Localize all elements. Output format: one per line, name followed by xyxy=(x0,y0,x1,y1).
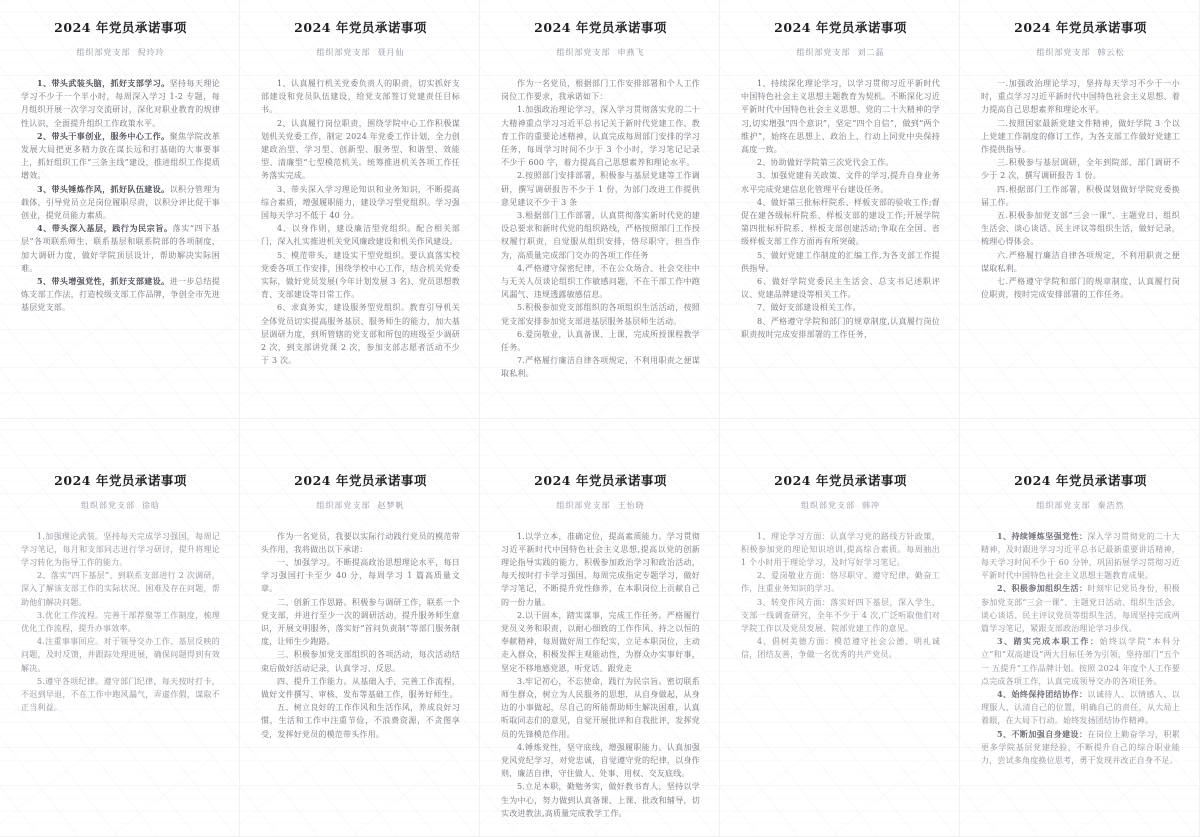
paragraph: 3、踏实完成本职工作：始终以学院“本科分立”和“双高建设”两大目标任务为引领，坚… xyxy=(981,635,1180,688)
paragraph: 2.按照部门安排部署，积极参与基层党建等工作调研，撰写调研报告不少于 1 份，为… xyxy=(501,169,700,209)
member-name: 赵梦帆 xyxy=(378,501,405,510)
paragraph: 5、做好党建工作制度的汇编工作,为各支部工作提供指导。 xyxy=(741,249,940,275)
paragraph: 3.牢记初心，不忘使命，践行为民宗旨。密切联系师生群众，树立为人民服务的思想，从… xyxy=(501,675,700,741)
branch-name: 组织部党支部 xyxy=(81,501,135,510)
page-subtitle: 组织部党支部刘二磊 xyxy=(741,47,940,58)
branch-name: 组织部党支部 xyxy=(317,48,371,57)
paragraph-text: 5、模范带头，建设实干型党组织。要认真落实校党委各项工作安排，围绕学校中心工作，… xyxy=(261,251,460,300)
paragraph: 二.按照国家最新党建文件精神，做好学院 3 个以上党建工作制度的修订工作，为各支… xyxy=(981,117,1180,157)
paragraph-lead: 4、带头深入基层，践行为民宗旨。 xyxy=(37,223,173,233)
document-page-4: 2024 年党员承诺事项组织部党支部刘二磊1、持续深化理论学习，以学习贯彻习近平… xyxy=(720,0,960,419)
paragraph-lead: 3、带头锤炼作风，抓好队伍建设。 xyxy=(37,184,170,194)
paragraph-lead: 5、不断加强自身建设： xyxy=(997,729,1087,739)
paragraph: 六.严格履行廉洁自律各项规定，不利用职责之便谋取私利。 xyxy=(981,249,1180,275)
paragraph-text: 1.加强理论武装。坚持每天完成学习强国，每周记学习笔记，每月和支部同志进行学习研… xyxy=(21,532,220,567)
paragraph: 三.积极参与基层调研，全年到院部、部门调研不少于 2 次，撰写调研报告 1 份。 xyxy=(981,156,1180,182)
document-body: 1.以学立本，准确定位，提高素质能力。学习贯彻习近平新时代中国特色社会主义思想,… xyxy=(501,530,700,820)
paragraph-lead: 2、带头干事创业，服务中心工作。 xyxy=(37,131,170,141)
paragraph-text: 作为一名党员，我要以实际行动践行党员的模范带头作用，我将做出以下承诺： xyxy=(261,532,460,554)
paragraph: 3.优化工作流程。完善干部荐聚等工作制度，梳理优化工作流程，提升办事效率。 xyxy=(21,609,220,635)
paragraph-text: 8、严格遵守学院和部门的规章制度,认真履行岗位职责按时完成安排部署的工作任务， xyxy=(741,317,940,339)
paragraph-text: 4.注重事事回应。对于领导交办工作、基层反映的问题，及时反馈，并跟踪处理进展，确… xyxy=(21,637,220,672)
paragraph: 4、带头深入基层，践行为民宗旨。落实“四下基层”各项联系师生、联系基层和联系院部… xyxy=(21,222,220,275)
paragraph-text: 三.积极参与基层调研，全年到院部、部门调研不少于 2 次，撰写调研报告 1 份。 xyxy=(981,158,1180,180)
document-body: 1、持续锤炼坚强党性：深入学习贯彻党的二十大精神，及时跟进学习习近平总书记最新重… xyxy=(981,530,1180,768)
document-page-7: 2024 年党员承诺事项组织部党支部赵梦帆作为一名党员，我要以实际行动践行党员的… xyxy=(240,419,480,837)
paragraph: 2、爱岗敬业方面：恪尽职守、遵守纪律，勤奋工作，注重业务知识的学习。 xyxy=(741,569,940,595)
paragraph-text: 5、做好党建工作制度的汇编工作,为各支部工作提供指导。 xyxy=(741,251,940,273)
paragraph-text: 4.严格遵守保密纪律，不在公众场合、社会交往中与无关人员谈论组织工作敏感问题，不… xyxy=(501,264,700,299)
member-name: 刘二磊 xyxy=(858,48,885,57)
paragraph: 3、带头深入学习理论知识和业务知识，不断提高综合素质，增强履职能力，建设学习型党… xyxy=(261,183,460,223)
paragraph: 1、持续深化理论学习，以学习贯彻习近平新时代中国特色社会主义思想主题教育为契机。… xyxy=(741,77,940,156)
paragraph-text: 二、创新工作思路。积极参与调研工作，联系一个党支部，并进行至少一次的调研活动，提… xyxy=(261,598,460,647)
document-body: 1.加强理论武装。坚持每天完成学习强国，每周记学习笔记，每月和支部同志进行学习研… xyxy=(21,530,220,715)
paragraph: 6、做好学院党委民主生活会、总支书记述职评议、党建品牌建设等相关工作。 xyxy=(741,275,940,301)
paragraph: 1.以学立本，准确定位，提高素质能力。学习贯彻习近平新时代中国特色社会主义思想,… xyxy=(501,530,700,609)
paragraph: 6.爱岗敬业，认真备课、上课，完成所授课程教学任务。 xyxy=(501,328,700,354)
paragraph-text: 1、认真履行机关党委负责人的职责，切实抓好支部建设和党员队伍建设，给党支部签订党… xyxy=(261,79,460,114)
paragraph: 3、转变作风方面：落实好四下基层，深入学生、支部一线调查研究，全年不少于 4 次… xyxy=(741,596,940,636)
member-name: 韩冲 xyxy=(862,501,880,510)
document-page-1: 2024 年党员承诺事项组织部党支部倪玲玲1、带头武装头脑，抓好支部学习。坚持每… xyxy=(0,0,240,419)
paragraph: 4、以身作则，建设廉洁型党组织。配合相关部门，深入扎实推进机关党风廉政建设和机关… xyxy=(261,222,460,248)
page-title: 2024 年党员承诺事项 xyxy=(981,20,1180,36)
branch-name: 组织部党支部 xyxy=(557,48,611,57)
page-subtitle: 组织部党支部秦浩然 xyxy=(981,500,1180,511)
paragraph-text: 1、理论学习方面：认真学习党的路线方针政策，积极参加党的理论知识培训,提高综合素… xyxy=(741,532,940,567)
paragraph-text: 2、爱岗敬业方面：恪尽职守、遵守纪律，勤奋工作，注重业务知识的学习。 xyxy=(741,571,940,593)
paragraph-lead: 5、带头增强党性，抓好支部建设。 xyxy=(37,276,170,286)
paragraph-text: 2、协助做好学院第三次党代会工作。 xyxy=(757,158,894,167)
page-subtitle: 组织部党支部赵梦帆 xyxy=(261,500,460,511)
paragraph-text: 3、转变作风方面：落实好四下基层，深入学生、支部一线调查研究，全年不少于 4 次… xyxy=(741,598,940,633)
paragraph-text: 5.积极参加党支部组织的各项组织生活活动，按照党支部安排参加党支部进基层服务基层… xyxy=(501,303,700,325)
paragraph: 4、倡树美德方面：模范遵守社会公德、明礼诚信，团结友善，争做一名优秀的共产党员。 xyxy=(741,635,940,661)
paragraph: 2、协助做好学院第三次党代会工作。 xyxy=(741,156,940,169)
paragraph-text: 2、认真履行岗位职责，围绕学院中心工作积极谋划机关党委工作，制定 2024 年党… xyxy=(261,119,460,181)
member-name: 聂月仙 xyxy=(378,48,405,57)
paragraph: 3、带头锤炼作风，抓好队伍建设。以积分管理为载体，引导党员立足岗位履职尽责，以积… xyxy=(21,183,220,223)
paragraph-text: 2.以干固本，踏实谋事，完成工作任务。严格履行党员义务和职责，以耐心细致的工作作… xyxy=(501,611,700,673)
page-title: 2024 年党员承诺事项 xyxy=(261,473,460,489)
paragraph: 3、加强党建有关政策、文件的学习,提升自身业务水平完成党建信息化管理平台建设任务… xyxy=(741,169,940,195)
page-title: 2024 年党员承诺事项 xyxy=(21,473,220,489)
page-title: 2024 年党员承诺事项 xyxy=(741,473,940,489)
paragraph-lead: 1、带头武装头脑，抓好支部学习。 xyxy=(37,78,170,88)
paragraph: 作为一名党员，根据部门工作安排部署和个人工作岗位工作要求，我承诺如下： xyxy=(501,77,700,103)
member-name: 倪玲玲 xyxy=(138,48,165,57)
paragraph-text: 4、以身作则，建设廉洁型党组织。配合相关部门，深入扎实推进机关党风廉政建设和机关… xyxy=(261,224,460,246)
document-page-5: 2024 年党员承诺事项组织部党支部韩云松一.加强政治理论学习，坚持每天学习不少… xyxy=(960,0,1200,419)
paragraph-text: 六.严格履行廉洁自律各项规定，不利用职责之便谋取私利。 xyxy=(981,251,1180,273)
paragraph: 2、积极参加组织生活：时刻牢记党员身份，积极参加党支部“三会一课”、主题党日活动… xyxy=(981,582,1180,635)
paragraph: 2、落实“四下基层”、到联系支部进行 2 次调研，深入了解该支部工作的实际状况、… xyxy=(21,569,220,609)
member-name: 申燕飞 xyxy=(618,48,645,57)
branch-name: 组织部党支部 xyxy=(1037,48,1091,57)
paragraph: 6、求真务实，建设服务型党组织。教育引导机关全体党员切实提高服务基层、服务师生的… xyxy=(261,301,460,367)
paragraph-text: 4.锤炼党性，坚守底线，增强履职能力。认真加强党风党纪学习，对党忠诚，自觉遵守党… xyxy=(501,743,700,778)
branch-name: 组织部党支部 xyxy=(77,48,131,57)
paragraph-text: 1、持续深化理论学习，以学习贯彻习近平新时代中国特色社会主义思想主题教育为契机。… xyxy=(741,79,940,154)
paragraph: 三、积极参加党支部组织的各项活动，每次活动结束后做好活动记录，认真学习、反思。 xyxy=(261,648,460,674)
paragraph: 五.积极参加党支部“三会一课”、主题党日、组织生活会、谈心谈话、民主评议等组织生… xyxy=(981,209,1180,249)
member-name: 秦浩然 xyxy=(1098,501,1125,510)
paragraph: 1.加强政治理论学习，深入学习贯彻落实党的二十大精神重点学习习近平总书记关于新时… xyxy=(501,103,700,169)
document-grid: 2024 年党员承诺事项组织部党支部倪玲玲1、带头武装头脑，抓好支部学习。坚持每… xyxy=(0,0,1200,837)
member-name: 王怡晓 xyxy=(618,501,645,510)
paragraph: 4、始终保持团结协作：以诚待人、以情感人、以理服人，认清自己的位置，明确自己的责… xyxy=(981,688,1180,728)
paragraph: 一、加强学习。不断提高政治思想理论水平，每日学习强国打卡至少 40 分，每周学习… xyxy=(261,556,460,596)
paragraph-lead: 4、始终保持团结协作： xyxy=(997,689,1087,699)
paragraph: 四、提升工作能力。从基础入手，完善工作流程，做好文件撰写、审核、发布等基础工作，… xyxy=(261,675,460,701)
paragraph: 5、模范带头，建设实干型党组织。要认真落实校党委各项工作安排，围绕学校中心工作，… xyxy=(261,249,460,302)
paragraph: 四.根据部门工作部署，积极谋划做好学院党委换届工作。 xyxy=(981,183,1180,209)
document-body: 1、认真履行机关党委负责人的职责，切实抓好支部建设和党员队伍建设，给党支部签订党… xyxy=(261,77,460,367)
paragraph: 5.遵守各项纪律。遵守部门纪律，每天按时打卡，不迟到早退，不在工作中跑风漏气，弄… xyxy=(21,675,220,715)
paragraph: 4.锤炼党性，坚守底线，增强履职能力。认真加强党风党纪学习，对党忠诚，自觉遵守党… xyxy=(501,741,700,781)
paragraph-text: 6、求真务实，建设服务型党组织。教育引导机关全体党员切实提高服务基层、服务师生的… xyxy=(261,303,460,365)
document-page-10: 2024 年党员承诺事项组织部党支部秦浩然1、持续锤炼坚强党性：深入学习贯彻党的… xyxy=(960,419,1200,837)
paragraph: 二、创新工作思路。积极参与调研工作，联系一个党支部，并进行至少一次的调研活动，提… xyxy=(261,596,460,649)
document-body: 1、带头武装头脑，抓好支部学习。坚持每天理论学习不少于一个半小时，每周深入学习 … xyxy=(21,77,220,315)
paragraph-text: 7.严格履行廉洁自律各项规定，不利用职责之便谋取私利。 xyxy=(501,356,700,378)
document-page-9: 2024 年党员承诺事项组织部党支部韩冲1、理论学习方面：认真学习党的路线方针政… xyxy=(720,419,960,837)
branch-name: 组织部党支部 xyxy=(317,501,371,510)
paragraph-lead: 2、积极参加组织生活： xyxy=(997,583,1087,593)
paragraph-text: 3、加强党建有关政策、文件的学习,提升自身业务水平完成党建信息化管理平台建设任务… xyxy=(741,171,940,193)
page-subtitle: 组织部党支部申燕飞 xyxy=(501,47,700,58)
paragraph: 3.根据部门工作部署，认真贯彻落实新时代党的建设总要求和新时代党的组织路线，严格… xyxy=(501,209,700,262)
page-subtitle: 组织部党支部聂月仙 xyxy=(261,47,460,58)
paragraph: 5、不断加强自身建设：在岗位上勤奋学习，积累更多学院基层党建经验，不断提升自己的… xyxy=(981,728,1180,768)
paragraph-text: 一、加强学习。不断提高政治思想理论水平，每日学习强国打卡至少 40 分，每周学习… xyxy=(261,558,460,593)
paragraph: 1、持续锤炼坚强党性：深入学习贯彻党的二十大精神，及时跟进学习习近平总书记最新重… xyxy=(981,530,1180,583)
document-page-2: 2024 年党员承诺事项组织部党支部聂月仙1、认真履行机关党委负责人的职责，切实… xyxy=(240,0,480,419)
branch-name: 组织部党支部 xyxy=(557,501,611,510)
paragraph: 1、认真履行机关党委负责人的职责，切实抓好支部建设和党员队伍建设，给党支部签订党… xyxy=(261,77,460,117)
page-subtitle: 组织部党支部王怡晓 xyxy=(501,500,700,511)
paragraph-text: 3.牢记初心，不忘使命，践行为民宗旨。密切联系师生群众，树立为人民服务的思想，从… xyxy=(501,677,700,739)
paragraph-text: 4、倡树美德方面：模范遵守社会公德、明礼诚信，团结友善，争做一名优秀的共产党员。 xyxy=(741,637,940,659)
document-body: 一.加强政治理论学习，坚持每天学习不少于一小时，重点学习习近平新时代中国特色社会… xyxy=(981,77,1180,301)
paragraph-text: 3.优化工作流程。完善干部荐聚等工作制度，梳理优化工作流程，提升办事效率。 xyxy=(21,611,220,633)
page-title: 2024 年党员承诺事项 xyxy=(261,20,460,36)
branch-name: 组织部党支部 xyxy=(1037,501,1091,510)
document-body: 1、理论学习方面：认真学习党的路线方针政策，积极参加党的理论知识培训,提高综合素… xyxy=(741,530,940,662)
paragraph: 一.加强政治理论学习，坚持每天学习不少于一小时，重点学习习近平新时代中国特色社会… xyxy=(981,77,1180,117)
branch-name: 组织部党支部 xyxy=(797,48,851,57)
paragraph: 5、带头增强党性，抓好支部建设。进一步总结提炼支部工作法，打造校级支部工作品牌，… xyxy=(21,275,220,315)
paragraph-text: 一.加强政治理论学习，坚持每天学习不少于一小时，重点学习习近平新时代中国特色社会… xyxy=(981,79,1180,114)
paragraph-lead: 1、持续锤炼坚强党性： xyxy=(997,531,1087,541)
paragraph-text: 五.积极参加党支部“三会一课”、主题党日、组织生活会、谈心谈话、民主评议等组织生… xyxy=(981,211,1180,246)
page-title: 2024 年党员承诺事项 xyxy=(501,473,700,489)
paragraph-text: 1.加强政治理论学习，深入学习贯彻落实党的二十大精神重点学习习近平总书记关于新时… xyxy=(501,105,700,167)
paragraph-text: 1.以学立本，准确定位，提高素质能力。学习贯彻习近平新时代中国特色社会主义思想,… xyxy=(501,532,700,607)
member-name: 徐晗 xyxy=(142,501,160,510)
paragraph-text: 5.立足本职，勤勉务实，做好教书育人，坚持以学生为中心，努力做到认真备课、上课、… xyxy=(501,782,700,817)
paragraph-text: 7、做好支部建设相关工作。 xyxy=(757,303,861,312)
paragraph: 1、带头武装头脑，抓好支部学习。坚持每天理论学习不少于一个半小时，每周深入学习 … xyxy=(21,77,220,130)
paragraph-text: 4、做好第三批标杆院系、样板支部的验收工作;督促在建各级标杆院系、样板支部的建设… xyxy=(741,198,940,247)
paragraph: 5.立足本职，勤勉务实，做好教书育人，坚持以学生为中心，努力做到认真备课、上课、… xyxy=(501,780,700,820)
paragraph-text: 四、提升工作能力。从基础入手，完善工作流程，做好文件撰写、审核、发布等基础工作，… xyxy=(261,677,460,699)
paragraph: 1.加强理论武装。坚持每天完成学习强国，每周记学习笔记，每月和支部同志进行学习研… xyxy=(21,530,220,570)
paragraph: 七.严格遵守学院和部门的规章制度，认真履行岗位职责，按时完成安排部署的工作任务。 xyxy=(981,275,1180,301)
page-title: 2024 年党员承诺事项 xyxy=(501,20,700,36)
paragraph: 1、理论学习方面：认真学习党的路线方针政策，积极参加党的理论知识培训,提高综合素… xyxy=(741,530,940,570)
document-body: 作为一名党员，根据部门工作安排部署和个人工作岗位工作要求，我承诺如下：1.加强政… xyxy=(501,77,700,381)
paragraph-text: 3、带头深入学习理论知识和业务知识，不断提高综合素质，增强履职能力，建设学习型党… xyxy=(261,185,460,220)
paragraph-text: 6.爱岗敬业，认真备课、上课，完成所授课程教学任务。 xyxy=(501,330,700,352)
paragraph-lead: 3、踏实完成本职工作： xyxy=(997,636,1099,646)
paragraph-text: 七.严格遵守学院和部门的规章制度，认真履行岗位职责，按时完成安排部署的工作任务。 xyxy=(981,277,1180,299)
paragraph-text: 6、做好学院党委民主生活会、总支书记述职评议、党建品牌建设等相关工作。 xyxy=(741,277,940,299)
paragraph-text: 二.按照国家最新党建文件精神，做好学院 3 个以上党建工作制度的修订工作，为各支… xyxy=(981,119,1180,154)
paragraph: 4.严格遵守保密纪律，不在公众场合、社会交往中与无关人员谈论组织工作敏感问题，不… xyxy=(501,262,700,302)
paragraph: 2、带头干事创业，服务中心工作。聚焦学院改革发展大局把更多精力放在谋长远和打基础… xyxy=(21,130,220,183)
page-subtitle: 组织部党支部徐晗 xyxy=(21,500,220,511)
paragraph-text: 五、树立良好的工作作风和生活作风，养成良好习惯，生活和工作中注重节俭，不浪费资源… xyxy=(261,703,460,738)
paragraph: 4.注重事事回应。对于领导交办工作、基层反映的问题，及时反馈，并跟踪处理进展，确… xyxy=(21,635,220,675)
paragraph: 作为一名党员，我要以实际行动践行党员的模范带头作用，我将做出以下承诺： xyxy=(261,530,460,556)
paragraph: 7、做好支部建设相关工作。 xyxy=(741,301,940,314)
paragraph-text: 四.根据部门工作部署，积极谋划做好学院党委换届工作。 xyxy=(981,185,1180,207)
page-subtitle: 组织部党支部韩云松 xyxy=(981,47,1180,58)
paragraph: 4、做好第三批标杆院系、样板支部的验收工作;督促在建各级标杆院系、样板支部的建设… xyxy=(741,196,940,249)
document-page-3: 2024 年党员承诺事项组织部党支部申燕飞作为一名党员，根据部门工作安排部署和个… xyxy=(480,0,720,419)
document-body: 作为一名党员，我要以实际行动践行党员的模范带头作用，我将做出以下承诺：一、加强学… xyxy=(261,530,460,741)
paragraph: 5.积极参加党支部组织的各项组织生活活动，按照党支部安排参加党支部进基层服务基层… xyxy=(501,301,700,327)
paragraph-text: 3.根据部门工作部署，认真贯彻落实新时代党的建设总要求和新时代党的组织路线，严格… xyxy=(501,211,700,260)
paragraph: 8、严格遵守学院和部门的规章制度,认真履行岗位职责按时完成安排部署的工作任务， xyxy=(741,315,940,341)
page-title: 2024 年党员承诺事项 xyxy=(21,20,220,36)
paragraph: 2、认真履行岗位职责，围绕学院中心工作积极谋划机关党委工作，制定 2024 年党… xyxy=(261,117,460,183)
paragraph-text: 2、落实“四下基层”、到联系支部进行 2 次调研，深入了解该支部工作的实际状况、… xyxy=(21,571,220,606)
paragraph: 2.以干固本，踏实谋事，完成工作任务。严格履行党员义务和职责，以耐心细致的工作作… xyxy=(501,609,700,675)
paragraph: 五、树立良好的工作作风和生活作风，养成良好习惯，生活和工作中注重节俭，不浪费资源… xyxy=(261,701,460,741)
document-page-8: 2024 年党员承诺事项组织部党支部王怡晓1.以学立本，准确定位，提高素质能力。… xyxy=(480,419,720,837)
branch-name: 组织部党支部 xyxy=(801,501,855,510)
page-subtitle: 组织部党支部韩冲 xyxy=(741,500,940,511)
page-title: 2024 年党员承诺事项 xyxy=(981,473,1180,489)
page-subtitle: 组织部党支部倪玲玲 xyxy=(21,47,220,58)
member-name: 韩云松 xyxy=(1098,48,1125,57)
paragraph-text: 5.遵守各项纪律。遵守部门纪律，每天按时打卡，不迟到早退，不在工作中跑风漏气，弄… xyxy=(21,677,220,712)
paragraph-text: 三、积极参加党支部组织的各项活动，每次活动结束后做好活动记录，认真学习、反思。 xyxy=(261,650,460,672)
page-title: 2024 年党员承诺事项 xyxy=(741,20,940,36)
paragraph: 7.严格履行廉洁自律各项规定，不利用职责之便谋取私利。 xyxy=(501,354,700,380)
document-body: 1、持续深化理论学习，以学习贯彻习近平新时代中国特色社会主义思想主题教育为契机。… xyxy=(741,77,940,341)
paragraph-text: 作为一名党员，根据部门工作安排部署和个人工作岗位工作要求，我承诺如下： xyxy=(501,79,700,101)
document-page-6: 2024 年党员承诺事项组织部党支部徐晗1.加强理论武装。坚持每天完成学习强国，… xyxy=(0,419,240,837)
paragraph-text: 2.按照部门安排部署，积极参与基层党建等工作调研，撰写调研报告不少于 1 份，为… xyxy=(501,171,700,206)
